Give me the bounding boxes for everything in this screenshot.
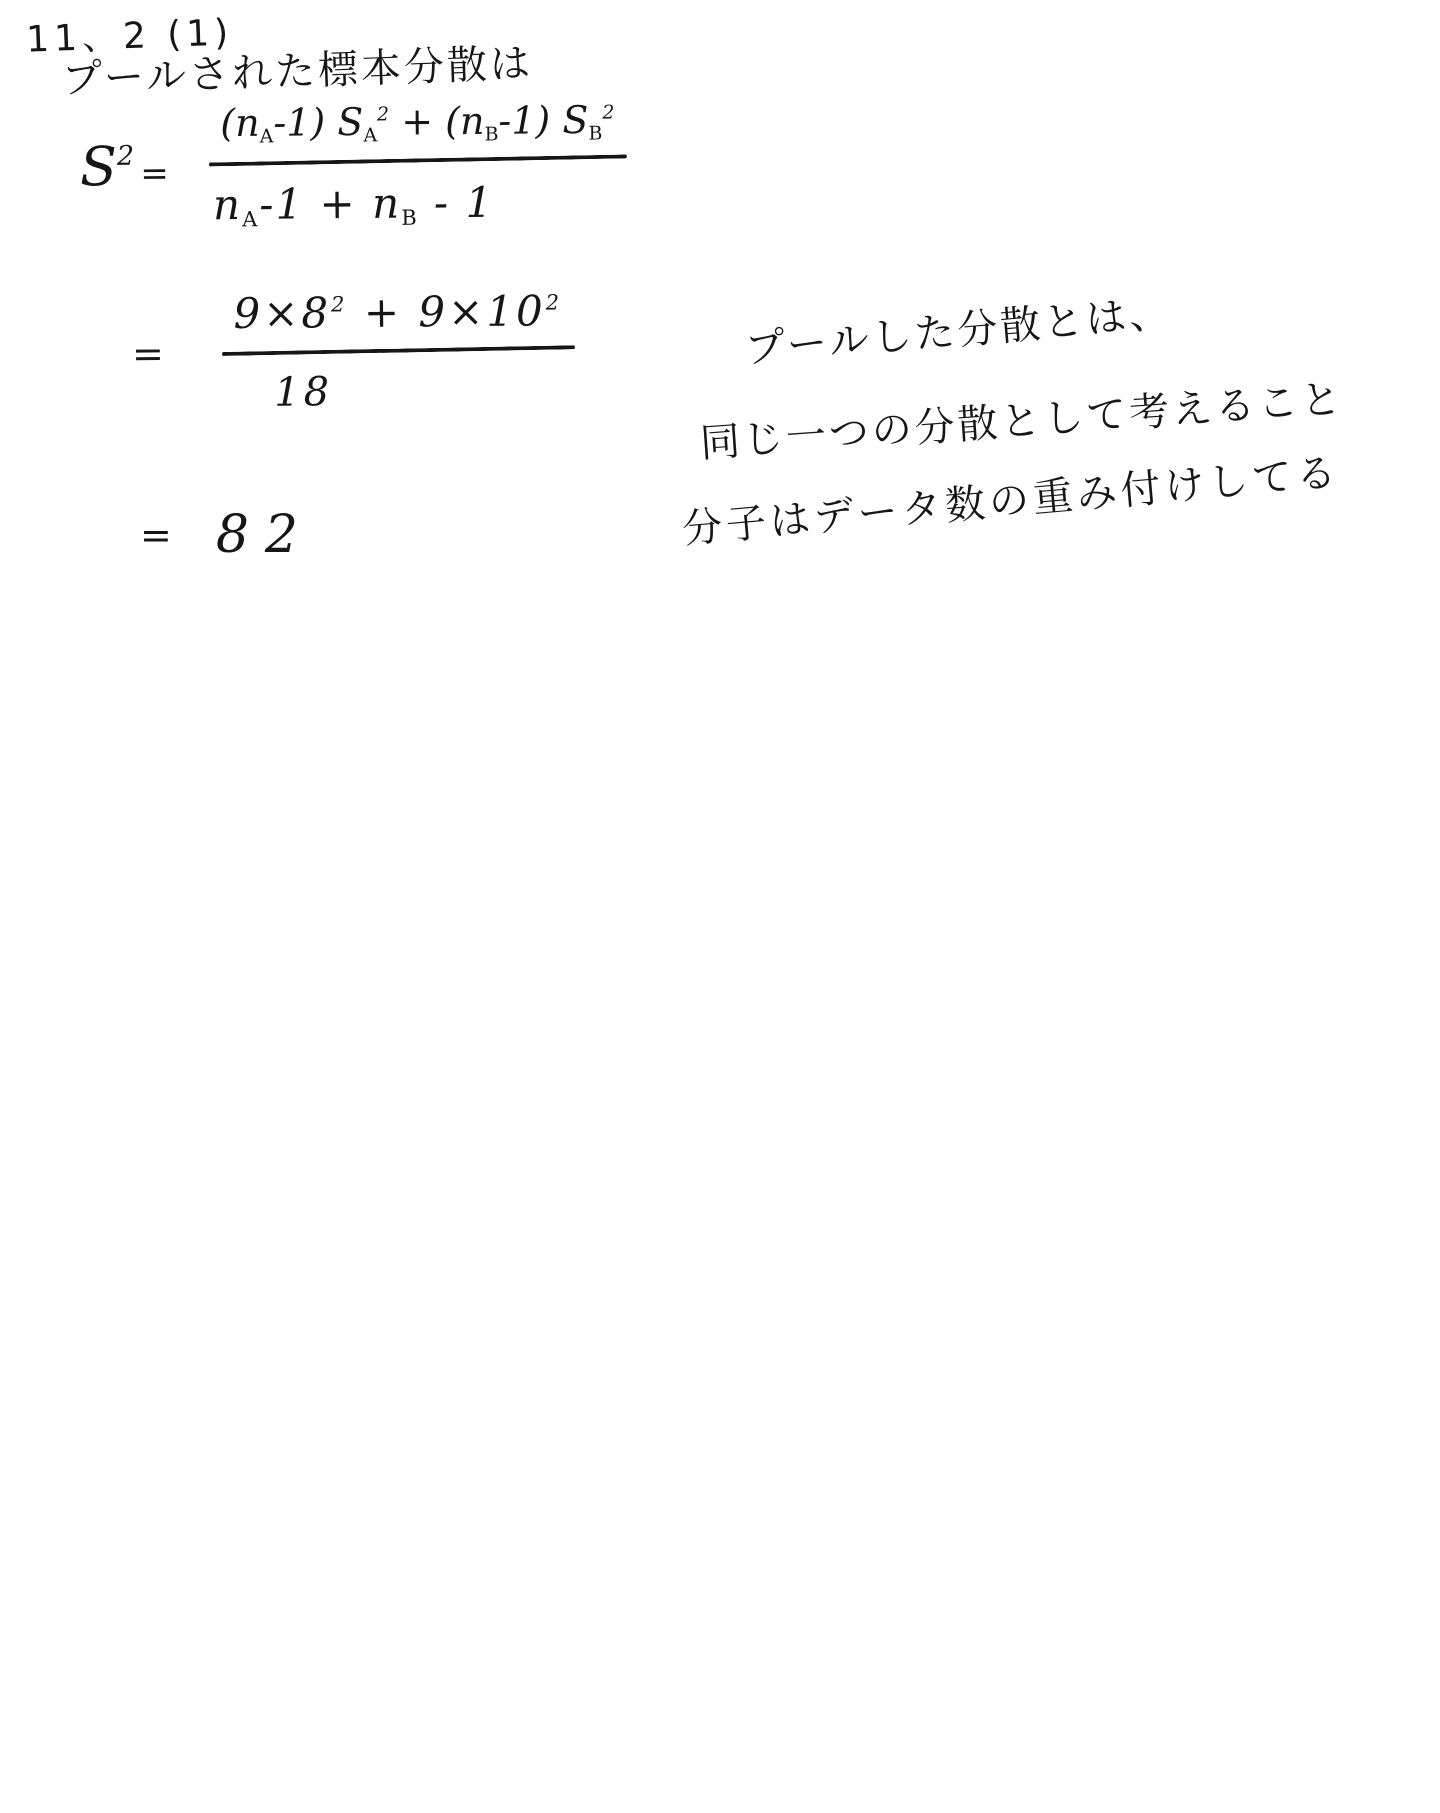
n-b-den: n bbox=[372, 178, 401, 227]
numeric-substitution: = 9×82 + 9×102 18 bbox=[131, 286, 575, 417]
plus-sign: + bbox=[304, 178, 372, 228]
n-b-subscript: B bbox=[484, 123, 498, 145]
pooled-variance-definition: S2= (nA-1) SA2 + (nB-1) SB2 nA-1 + nB - … bbox=[79, 98, 627, 233]
equals-sign: = bbox=[140, 154, 169, 194]
n-a-den-subscript: A bbox=[242, 207, 259, 231]
n-a-den: n bbox=[213, 180, 242, 229]
equals-sign: = bbox=[140, 513, 172, 557]
s-a-subscript: A bbox=[363, 124, 377, 146]
definition-denominator: nA-1 + nB - 1 bbox=[209, 161, 505, 231]
term-9x10-exponent: 2 bbox=[546, 290, 563, 314]
s-b-term: -1) S bbox=[498, 98, 588, 143]
n-a-subscript: A bbox=[260, 125, 274, 147]
handwritten-note-page: 11、2 (1) プールされた標本分散は S2= (nA-1) SA2 + (n… bbox=[0, 0, 1440, 1813]
definition-fraction: (nA-1) SA2 + (nB-1) SB2 nA-1 + nB - 1 bbox=[208, 98, 627, 232]
s-squared-base: S bbox=[80, 136, 118, 199]
substitution-fraction: 9×82 + 9×102 18 bbox=[221, 286, 575, 416]
n-a-open: (n bbox=[220, 101, 260, 145]
minus-one: - 1 bbox=[418, 177, 494, 227]
result-value: 82 bbox=[216, 505, 314, 565]
definition-numerator: (nA-1) SA2 + (nB-1) SB2 bbox=[208, 98, 627, 160]
formula-lhs: S2= bbox=[80, 135, 169, 199]
s-b-exponent: 2 bbox=[602, 101, 614, 123]
s-a-term: -1) S bbox=[273, 100, 363, 145]
substitution-numerator: 9×82 + 9×102 bbox=[221, 286, 574, 350]
plus-sign: + bbox=[347, 287, 418, 337]
result-line: = 82 bbox=[140, 505, 314, 565]
term-9x10: 9×10 bbox=[418, 286, 546, 336]
s-a-exponent: 2 bbox=[377, 103, 389, 125]
substitution-denominator: 18 bbox=[222, 353, 343, 416]
term-9x8: 9×8 bbox=[233, 288, 331, 338]
s-squared-exponent: 2 bbox=[117, 141, 134, 172]
equals-sign: = bbox=[132, 331, 164, 375]
plus-sign: + bbox=[389, 99, 445, 143]
term-9x8-exponent: 2 bbox=[331, 292, 348, 316]
n-b-open: (n bbox=[445, 99, 485, 143]
margin-note-pooled-variance: プールした分散とは、 bbox=[743, 281, 1174, 375]
s-b-subscript: B bbox=[588, 122, 602, 144]
n-b-den-subscript: B bbox=[401, 205, 419, 229]
minus-one: -1 bbox=[259, 179, 304, 228]
